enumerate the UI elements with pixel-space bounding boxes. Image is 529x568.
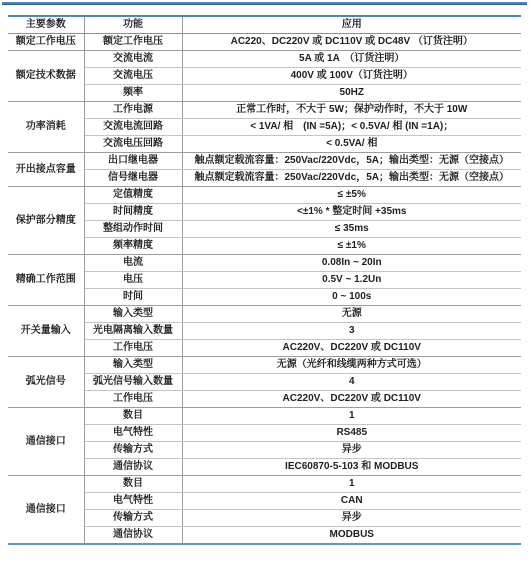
function-cell: 整组动作时间 bbox=[84, 221, 182, 238]
param-group-cell: 保护部分精度 bbox=[8, 187, 84, 255]
application-cell: 3 bbox=[182, 323, 521, 340]
application-cell: 触点额定载流容量：250Vac/220Vdc，5A；输出类型：无源（空接点） bbox=[182, 153, 521, 170]
application-cell: AC220V、DC220V 或 DC110V bbox=[182, 391, 521, 408]
param-group-cell: 开关量输入 bbox=[8, 306, 84, 357]
table-row: 额定工作电压额定工作电压AC220、DC220V 或 DC110V 或 DC48… bbox=[8, 34, 521, 51]
table-row: 开关量输入输入类型无源 bbox=[8, 306, 521, 323]
function-cell: 输入类型 bbox=[84, 306, 182, 323]
function-cell: 出口继电器 bbox=[84, 153, 182, 170]
application-cell: 5A 或 1A （订货注明） bbox=[182, 51, 521, 68]
table-row: 工作电压AC220V、DC220V 或 DC110V bbox=[8, 340, 521, 357]
application-cell: ≤ 35ms bbox=[182, 221, 521, 238]
application-cell: 正常工作时，不大于 5W；保护动作时，不大于 10W bbox=[182, 102, 521, 119]
table-row: 频率50HZ bbox=[8, 85, 521, 102]
function-cell: 传输方式 bbox=[84, 442, 182, 459]
application-cell: 0 ~ 100s bbox=[182, 289, 521, 306]
function-cell: 数目 bbox=[84, 476, 182, 493]
table-row: 传输方式异步 bbox=[8, 442, 521, 459]
table-row: 电压0.5V ~ 1.2Un bbox=[8, 272, 521, 289]
function-cell: 定值精度 bbox=[84, 187, 182, 204]
function-cell: 电流 bbox=[84, 255, 182, 272]
table-row: 交流电压400V 或 100V（订货注明） bbox=[8, 68, 521, 85]
function-cell: 交流电压回路 bbox=[84, 136, 182, 153]
application-cell: CAN bbox=[182, 493, 521, 510]
function-cell: 弧光信号输入数量 bbox=[84, 374, 182, 391]
table-row: 额定技术数据交流电流5A 或 1A （订货注明） bbox=[8, 51, 521, 68]
function-cell: 交流电压 bbox=[84, 68, 182, 85]
application-cell: ≤ ±1% bbox=[182, 238, 521, 255]
function-cell: 光电隔离输入数量 bbox=[84, 323, 182, 340]
application-cell: <±1% * 整定时间 +35ms bbox=[182, 204, 521, 221]
application-cell: 1 bbox=[182, 408, 521, 425]
param-group-cell: 精确工作范围 bbox=[8, 255, 84, 306]
function-cell: 电气特性 bbox=[84, 425, 182, 442]
param-group-cell: 通信接口 bbox=[8, 408, 84, 476]
table-row: 整组动作时间≤ 35ms bbox=[8, 221, 521, 238]
param-group-cell: 额定技术数据 bbox=[8, 51, 84, 102]
table-row: 精确工作范围电流0.08In ~ 20In bbox=[8, 255, 521, 272]
table-row: 工作电压AC220V、DC220V 或 DC110V bbox=[8, 391, 521, 408]
application-cell: 0.5V ~ 1.2Un bbox=[182, 272, 521, 289]
table-row: 保护部分精度定值精度≤ ±5% bbox=[8, 187, 521, 204]
function-cell: 电压 bbox=[84, 272, 182, 289]
table-row: 弧光信号输入类型无源（光纤和线缆两种方式可选） bbox=[8, 357, 521, 374]
application-cell: 无源（光纤和线缆两种方式可选） bbox=[182, 357, 521, 374]
application-cell: RS485 bbox=[182, 425, 521, 442]
spec-table: 主要参数 功能 应用 额定工作电压额定工作电压AC220、DC220V 或 DC… bbox=[8, 15, 521, 545]
table-row: 通信协议IEC60870-5-103 和 MODBUS bbox=[8, 459, 521, 476]
header-application: 应用 bbox=[182, 16, 521, 34]
table-row: 开出接点容量出口继电器触点额定载流容量：250Vac/220Vdc，5A；输出类… bbox=[8, 153, 521, 170]
table-row: 通信协议MODBUS bbox=[8, 527, 521, 545]
function-cell: 传输方式 bbox=[84, 510, 182, 527]
function-cell: 数目 bbox=[84, 408, 182, 425]
param-group-cell: 额定工作电压 bbox=[8, 34, 84, 51]
table-row: 光电隔离输入数量3 bbox=[8, 323, 521, 340]
table-row: 交流电压回路< 0.5VA/ 相 bbox=[8, 136, 521, 153]
function-cell: 额定工作电压 bbox=[84, 34, 182, 51]
application-cell: 50HZ bbox=[182, 85, 521, 102]
table-row: 电气特性CAN bbox=[8, 493, 521, 510]
table-row: 通信接口数目1 bbox=[8, 408, 521, 425]
application-cell: < 1VA/ 相 (IN =5A)；< 0.5VA/ 相 (IN =1A)； bbox=[182, 119, 521, 136]
spec-table-container: 主要参数 功能 应用 额定工作电压额定工作电压AC220、DC220V 或 DC… bbox=[8, 15, 521, 545]
table-header-row: 主要参数 功能 应用 bbox=[8, 16, 521, 34]
function-cell: 时间精度 bbox=[84, 204, 182, 221]
function-cell: 通信协议 bbox=[84, 459, 182, 476]
table-row: 功率消耗工作电源正常工作时，不大于 5W；保护动作时，不大于 10W bbox=[8, 102, 521, 119]
function-cell: 工作电源 bbox=[84, 102, 182, 119]
table-row: 信号继电器触点额定载流容量：250Vac/220Vdc，5A；输出类型：无源（空… bbox=[8, 170, 521, 187]
table-row: 传输方式异步 bbox=[8, 510, 521, 527]
application-cell: < 0.5VA/ 相 bbox=[182, 136, 521, 153]
application-cell: IEC60870-5-103 和 MODBUS bbox=[182, 459, 521, 476]
function-cell: 输入类型 bbox=[84, 357, 182, 374]
function-cell: 交流电流回路 bbox=[84, 119, 182, 136]
application-cell: 400V 或 100V（订货注明） bbox=[182, 68, 521, 85]
top-divider-rule bbox=[2, 2, 527, 5]
function-cell: 交流电流 bbox=[84, 51, 182, 68]
application-cell: 异步 bbox=[182, 510, 521, 527]
application-cell: 无源 bbox=[182, 306, 521, 323]
param-group-cell: 功率消耗 bbox=[8, 102, 84, 153]
function-cell: 工作电压 bbox=[84, 340, 182, 357]
application-cell: AC220V、DC220V 或 DC110V bbox=[182, 340, 521, 357]
table-row: 通信接口数目1 bbox=[8, 476, 521, 493]
table-row: 时间精度<±1% * 整定时间 +35ms bbox=[8, 204, 521, 221]
table-row: 时间0 ~ 100s bbox=[8, 289, 521, 306]
application-cell: MODBUS bbox=[182, 527, 521, 545]
function-cell: 电气特性 bbox=[84, 493, 182, 510]
header-function: 功能 bbox=[84, 16, 182, 34]
function-cell: 时间 bbox=[84, 289, 182, 306]
function-cell: 频率精度 bbox=[84, 238, 182, 255]
table-row: 弧光信号输入数量4 bbox=[8, 374, 521, 391]
application-cell: 触点额定载流容量：250Vac/220Vdc，5A；输出类型：无源（空接点） bbox=[182, 170, 521, 187]
application-cell: AC220、DC220V 或 DC110V 或 DC48V （订货注明） bbox=[182, 34, 521, 51]
application-cell: ≤ ±5% bbox=[182, 187, 521, 204]
table-row: 交流电流回路< 1VA/ 相 (IN =5A)；< 0.5VA/ 相 (IN =… bbox=[8, 119, 521, 136]
function-cell: 工作电压 bbox=[84, 391, 182, 408]
application-cell: 异步 bbox=[182, 442, 521, 459]
function-cell: 频率 bbox=[84, 85, 182, 102]
application-cell: 0.08In ~ 20In bbox=[182, 255, 521, 272]
param-group-cell: 通信接口 bbox=[8, 476, 84, 545]
application-cell: 1 bbox=[182, 476, 521, 493]
spec-table-body: 额定工作电压额定工作电压AC220、DC220V 或 DC110V 或 DC48… bbox=[8, 34, 521, 545]
param-group-cell: 开出接点容量 bbox=[8, 153, 84, 187]
param-group-cell: 弧光信号 bbox=[8, 357, 84, 408]
header-main-parameter: 主要参数 bbox=[8, 16, 84, 34]
application-cell: 4 bbox=[182, 374, 521, 391]
function-cell: 通信协议 bbox=[84, 527, 182, 545]
table-row: 电气特性RS485 bbox=[8, 425, 521, 442]
table-row: 频率精度≤ ±1% bbox=[8, 238, 521, 255]
function-cell: 信号继电器 bbox=[84, 170, 182, 187]
